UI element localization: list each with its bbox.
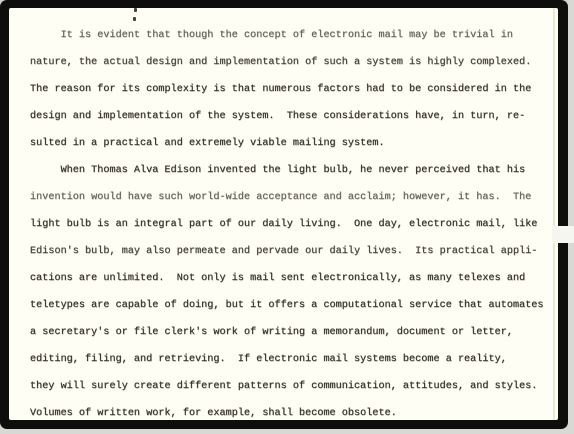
- text-line: invention would have such world-wide acc…: [30, 184, 558, 211]
- stray-ink-mark-icon: [134, 8, 137, 12]
- stray-ink-mark-icon: [133, 17, 136, 21]
- photo-black-border: It is evident that though the concept of…: [0, 0, 568, 429]
- text-line: light bulb is an integral part of our da…: [30, 211, 558, 238]
- scanned-document-photo: It is evident that though the concept of…: [0, 0, 574, 434]
- photo-outer-margin-bottom: [0, 429, 574, 434]
- text-line: editing, filing, and retrieving. If elec…: [30, 346, 558, 373]
- text-line: cations are unlimited. Not only is mail …: [30, 265, 558, 292]
- border-notch: [552, 226, 574, 243]
- document-page: It is evident that though the concept of…: [9, 8, 558, 420]
- text-line: When Thomas Alva Edison invented the lig…: [30, 157, 558, 184]
- text-line: they will surely create different patter…: [30, 373, 558, 400]
- text-line: Edison's bulb, may also permeate and per…: [30, 238, 558, 265]
- photo-outer-margin-right: [568, 0, 574, 434]
- text-line: design and implementation of the system.…: [30, 103, 558, 130]
- text-line: It is evident that though the concept of…: [30, 22, 558, 49]
- text-line: teletypes are capable of doing, but it o…: [30, 292, 558, 319]
- text-line: The reason for its complexity is that nu…: [30, 76, 558, 103]
- text-line: a secretary's or file clerk's work of wr…: [30, 319, 558, 346]
- text-line: Volumes of written work, for example, sh…: [30, 400, 558, 420]
- document-text: It is evident that though the concept of…: [30, 22, 558, 420]
- text-line: sulted in a practical and extremely viab…: [30, 130, 558, 157]
- text-line: nature, the actual design and implementa…: [30, 49, 558, 76]
